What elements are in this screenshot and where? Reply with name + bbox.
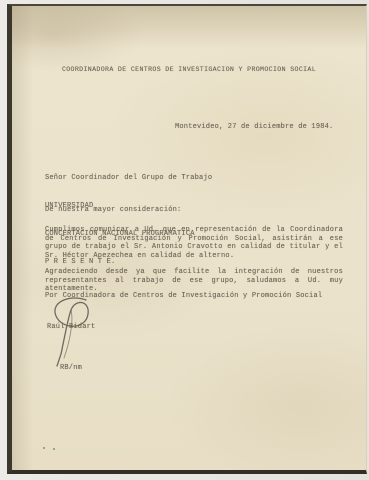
- typist-initials: RB/nm: [60, 364, 82, 373]
- scanned-letter: COORDINADORA DE CENTROS DE INVESTIGACION…: [0, 0, 369, 480]
- signature-typed-name: Raúl Bidart: [47, 323, 95, 332]
- recipient-line-title: Señor Coordinador del Grupo de Trabajo: [45, 174, 212, 183]
- scan-speck: [43, 447, 45, 449]
- letterhead-title: COORDINADORA DE CENTROS DE INVESTIGACION…: [12, 66, 366, 75]
- scan-speck: [53, 448, 55, 450]
- body-paragraph-2: Agradeciendo desde ya que facilite la in…: [45, 268, 343, 294]
- body-paragraph-1: Cumplimos comunicar a Ud. que en represe…: [45, 226, 343, 260]
- dateline: Montevideo, 27 de diciembre de 1984.: [175, 123, 333, 132]
- closing-line: Por Coordinadora de Centros de Investiga…: [45, 292, 355, 301]
- recipient-block: Señor Coordinador del Grupo de Trabajo U…: [45, 155, 212, 287]
- letter-paper: COORDINADORA DE CENTROS DE INVESTIGACION…: [7, 4, 367, 474]
- salutation: De nuestra mayor consideración:: [45, 206, 181, 215]
